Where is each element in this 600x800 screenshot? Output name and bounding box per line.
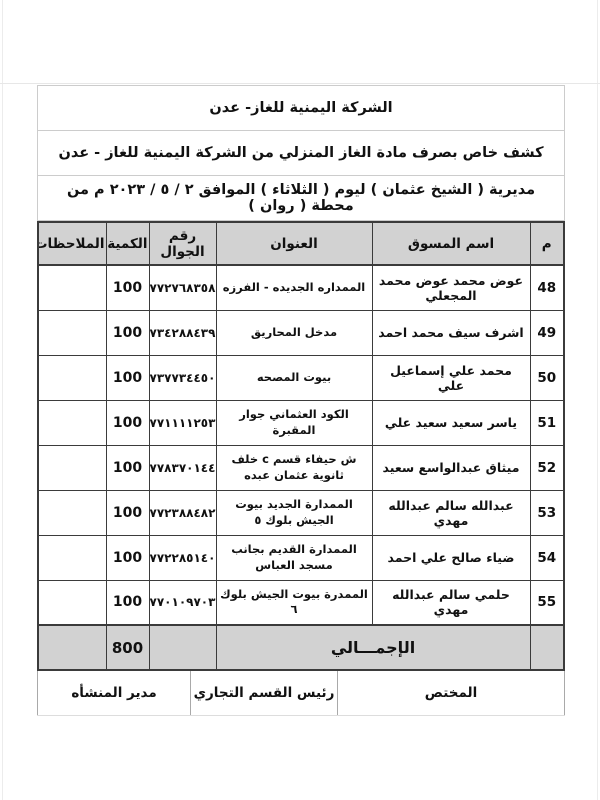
- quantity-cell: 100: [106, 310, 149, 355]
- notes-cell: [38, 310, 106, 355]
- total-row: الإجمـــالي 800: [38, 625, 564, 670]
- table-row: 55 حلمي سالم عبدالله مهدي الممدرة بيوت ا…: [38, 580, 564, 625]
- address-cell: الممدرة بيوت الجيش بلوك ٦: [216, 580, 372, 625]
- total-phone-cell: [149, 625, 216, 670]
- row-number-cell: 51: [530, 400, 564, 445]
- notes-cell: [38, 265, 106, 310]
- quantity-cell: 100: [106, 580, 149, 625]
- sheet-description: كشف خاص بصرف مادة الغاز المنزلي من الشرك…: [38, 131, 564, 176]
- row-number-cell: 55: [530, 580, 564, 625]
- row-number-cell: 53: [530, 490, 564, 535]
- phone-cell: ٧٧٨٣٧٠١٤٤: [149, 445, 216, 490]
- marketer-name-cell: عوض محمد عوض محمد المجعلي: [372, 265, 530, 310]
- table-row: 50 محمد علي إسماعيل علي بيوت المصحه ٧٣٧٧…: [38, 355, 564, 400]
- row-number-cell: 48: [530, 265, 564, 310]
- notes-cell: [38, 445, 106, 490]
- document-page: { "page": { "title_lines": [ "الشركة الي…: [0, 0, 600, 800]
- notes-cell: [38, 400, 106, 445]
- gas-dispatch-sheet: الشركة اليمنية للغاز- عدن كشف خاص بصرف م…: [37, 85, 565, 716]
- commercial-head-signature-label: رئيس القسم التجاري: [190, 671, 337, 715]
- row-number-cell: 50: [530, 355, 564, 400]
- marketer-name-cell: ياسر سعيد سعيد علي: [372, 400, 530, 445]
- address-cell: الممداره الجديده - الفرزه: [216, 265, 372, 310]
- row-number-cell: 54: [530, 535, 564, 580]
- address-cell: مدخل المحاريق: [216, 310, 372, 355]
- quantity-cell: 100: [106, 355, 149, 400]
- total-notes-cell: [38, 625, 106, 670]
- phone-cell: ٧٣٧٧٣٤٤٥٠: [149, 355, 216, 400]
- address-cell: الكود العثماني جوار المقبرة: [216, 400, 372, 445]
- phone-cell: ٧٣٤٢٨٨٤٣٩: [149, 310, 216, 355]
- marketer-name-cell: ضياء صالح علي احمد: [372, 535, 530, 580]
- table-row: 48 عوض محمد عوض محمد المجعلي الممداره ال…: [38, 265, 564, 310]
- header-phone: رقم الجوال: [149, 222, 216, 265]
- specialist-signature-label: المختص: [337, 671, 565, 715]
- distribution-table: م اسم المسوق العنوان رقم الجوال الكمية ا…: [37, 221, 565, 671]
- quantity-cell: 100: [106, 265, 149, 310]
- company-title: الشركة اليمنية للغاز- عدن: [38, 86, 564, 131]
- marketer-name-cell: اشرف سيف محمد احمد: [372, 310, 530, 355]
- quantity-cell: 100: [106, 445, 149, 490]
- table-row: 53 عبدالله سالم عبدالله مهدي الممدارة ال…: [38, 490, 564, 535]
- marketer-name-cell: محمد علي إسماعيل علي: [372, 355, 530, 400]
- phone-cell: ٧٧٢٢٨٥١٤٠: [149, 535, 216, 580]
- table-header-row: م اسم المسوق العنوان رقم الجوال الكمية ا…: [38, 222, 564, 265]
- phone-cell: ٧٧٠١٠٩٧٠٣: [149, 580, 216, 625]
- page-top-rule-line: [0, 83, 600, 84]
- title-block: الشركة اليمنية للغاز- عدن كشف خاص بصرف م…: [37, 85, 565, 221]
- total-quantity-cell: 800: [106, 625, 149, 670]
- phone-cell: ٧٧٢٧٦٨٣٥٨: [149, 265, 216, 310]
- facility-manager-signature-label: مدير المنشأه: [37, 671, 190, 715]
- notes-cell: [38, 580, 106, 625]
- page-right-edge-line: [597, 0, 598, 800]
- marketer-name-cell: ميثاق عبدالواسع سعيد: [372, 445, 530, 490]
- quantity-cell: 100: [106, 535, 149, 580]
- address-cell: بيوت المصحه: [216, 355, 372, 400]
- row-number-cell: 52: [530, 445, 564, 490]
- total-no-cell: [530, 625, 564, 670]
- address-cell: الممدارة الجديد بيوت الجيش بلوك ٥: [216, 490, 372, 535]
- row-number-cell: 49: [530, 310, 564, 355]
- notes-cell: [38, 355, 106, 400]
- header-quantity: الكمية: [106, 222, 149, 265]
- phone-cell: ٧٧٢٣٨٨٤٨٢: [149, 490, 216, 535]
- notes-cell: [38, 490, 106, 535]
- address-cell: الممدارة القديم بجانب مسجد العباس: [216, 535, 372, 580]
- header-marketer-name: اسم المسوق: [372, 222, 530, 265]
- quantity-cell: 100: [106, 400, 149, 445]
- marketer-name-cell: حلمي سالم عبدالله مهدي: [372, 580, 530, 625]
- address-cell: ش حيفاء قسم c خلف ثانوية عثمان عبده: [216, 445, 372, 490]
- marketer-name-cell: عبدالله سالم عبدالله مهدي: [372, 490, 530, 535]
- total-label-cell: الإجمـــالي: [216, 625, 530, 670]
- table-row: 51 ياسر سعيد سعيد علي الكود العثماني جوا…: [38, 400, 564, 445]
- header-address: العنوان: [216, 222, 372, 265]
- district-date-line: مديرية ( الشيخ عثمان ) ليوم ( الثلاثاء )…: [38, 176, 564, 221]
- notes-cell: [38, 535, 106, 580]
- table-row: 54 ضياء صالح علي احمد الممدارة القديم بج…: [38, 535, 564, 580]
- header-no: م: [530, 222, 564, 265]
- table-row: 49 اشرف سيف محمد احمد مدخل المحاريق ٧٣٤٢…: [38, 310, 564, 355]
- page-left-edge-line: [2, 0, 3, 800]
- phone-cell: ٧٧١١١١٢٥٣: [149, 400, 216, 445]
- header-notes: الملاحظات: [38, 222, 106, 265]
- quantity-cell: 100: [106, 490, 149, 535]
- table-row: 52 ميثاق عبدالواسع سعيد ش حيفاء قسم c خل…: [38, 445, 564, 490]
- signature-row: المختص رئيس القسم التجاري مدير المنشأه: [37, 671, 565, 716]
